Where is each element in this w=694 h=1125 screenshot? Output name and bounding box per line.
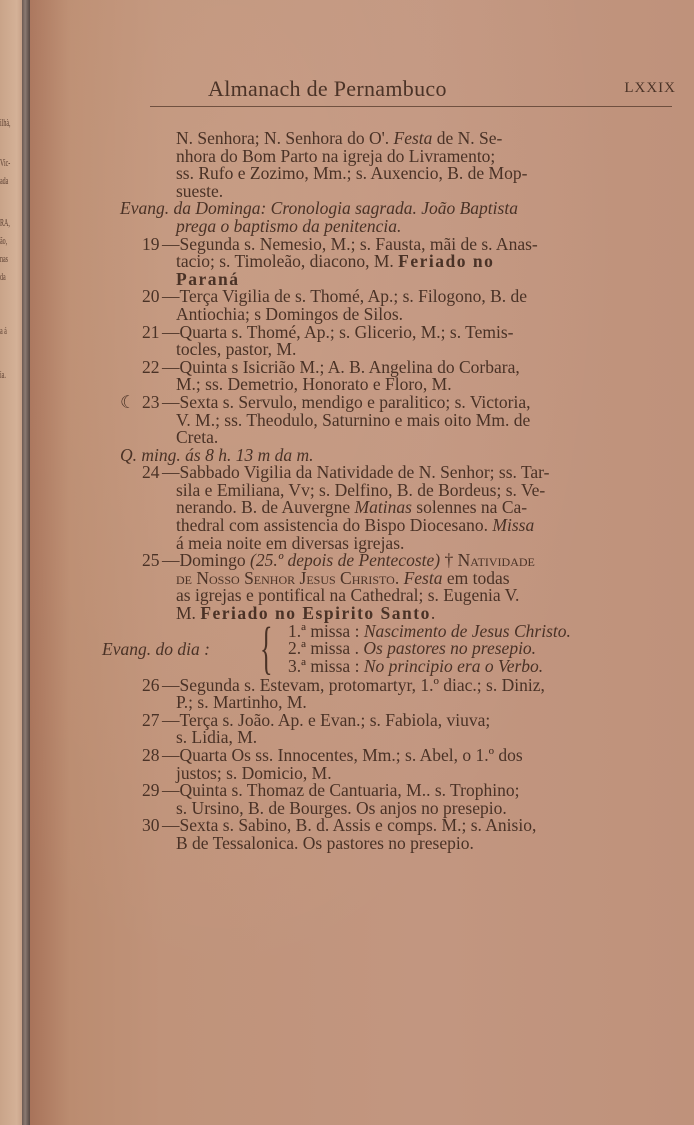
- calendar-entry-24: 24—Sabbado Vigilia da Natividade de N. S…: [100, 464, 680, 552]
- left-fragment: nas: [0, 254, 8, 265]
- adjacent-page-edge: ilhà, Vic- ada RA, ão, nas da a á ia.: [0, 0, 24, 1125]
- calendar-entry-22: 22—Quinta s Isicrião M.; A. B. Angelina …: [100, 359, 680, 394]
- header-rule: [150, 106, 672, 107]
- left-fragment: ada: [0, 176, 8, 187]
- left-fragment: ia.: [0, 370, 6, 381]
- book-spine: [22, 0, 30, 1125]
- evang-domingo-line: prega o baptismo da penitencia.: [100, 218, 680, 236]
- page-title: Almanach de Pernambuco: [208, 76, 447, 102]
- calendar-entry-23: ☾23—Sexta s. Servulo, mendigo e paraliti…: [100, 394, 680, 447]
- left-fragment: ão,: [0, 236, 7, 247]
- left-fragment: ilhà,: [0, 118, 11, 129]
- missa-line: 3.ª missa : No principio era o Verbo.: [288, 658, 571, 676]
- calendar-entry-27: 27—Terça s. João. Ap. e Evan.; s. Fabiol…: [100, 712, 680, 747]
- left-fragment: da: [0, 272, 6, 283]
- calendar-text: N. Senhora; N. Senhora do O'. Festa de N…: [100, 130, 680, 853]
- holiday-note: Feriado no: [398, 251, 494, 271]
- evang-label: Evang. do dia :: [102, 641, 210, 659]
- day-number: 23: [142, 394, 198, 412]
- last-quarter-moon-icon: ☾: [120, 394, 136, 412]
- curly-brace-icon: {: [260, 621, 273, 675]
- calendar-entry-28: 28—Quarta Os ss. Innocentes, Mm.; s. Abe…: [100, 747, 680, 782]
- evang-do-dia: Evang. do dia : { 1.ª missa : Nascimento…: [100, 623, 680, 677]
- text-line: N. Senhora; N. Senhora do O'. Festa de N…: [100, 130, 680, 148]
- calendar-entry-30: 30—Sexta s. Sabino, B. d. Assis e comps.…: [100, 817, 680, 852]
- calendar-entry-21: 21—Quarta s. Thomé, Ap.; s. Glicerio, M.…: [100, 324, 680, 359]
- left-fragment: RA,: [0, 218, 10, 229]
- calendar-entry-20: 20—Terça Vigilia de s. Thomé, Ap.; s. Fi…: [100, 288, 680, 323]
- page-number: LXXIX: [624, 80, 676, 97]
- calendar-entry-26: 26—Segunda s. Estevam, protomartyr, 1.º …: [100, 677, 680, 712]
- calendar-entry-19: 19—Segunda s. Nemesio, M.; s. Fausta, mã…: [100, 236, 680, 289]
- day-number: 28: [142, 747, 198, 765]
- running-header: Almanach de Pernambuco LXXIX: [208, 76, 676, 100]
- calendar-entry-29: 29—Quinta s. Thomaz de Cantuaria, M.. s.…: [100, 782, 680, 817]
- left-fragment: a á: [0, 326, 7, 337]
- left-fragment: Vic-: [0, 158, 10, 169]
- calendar-entry-25: 25—Domingo (25.º depois de Pentecoste) †…: [100, 552, 680, 622]
